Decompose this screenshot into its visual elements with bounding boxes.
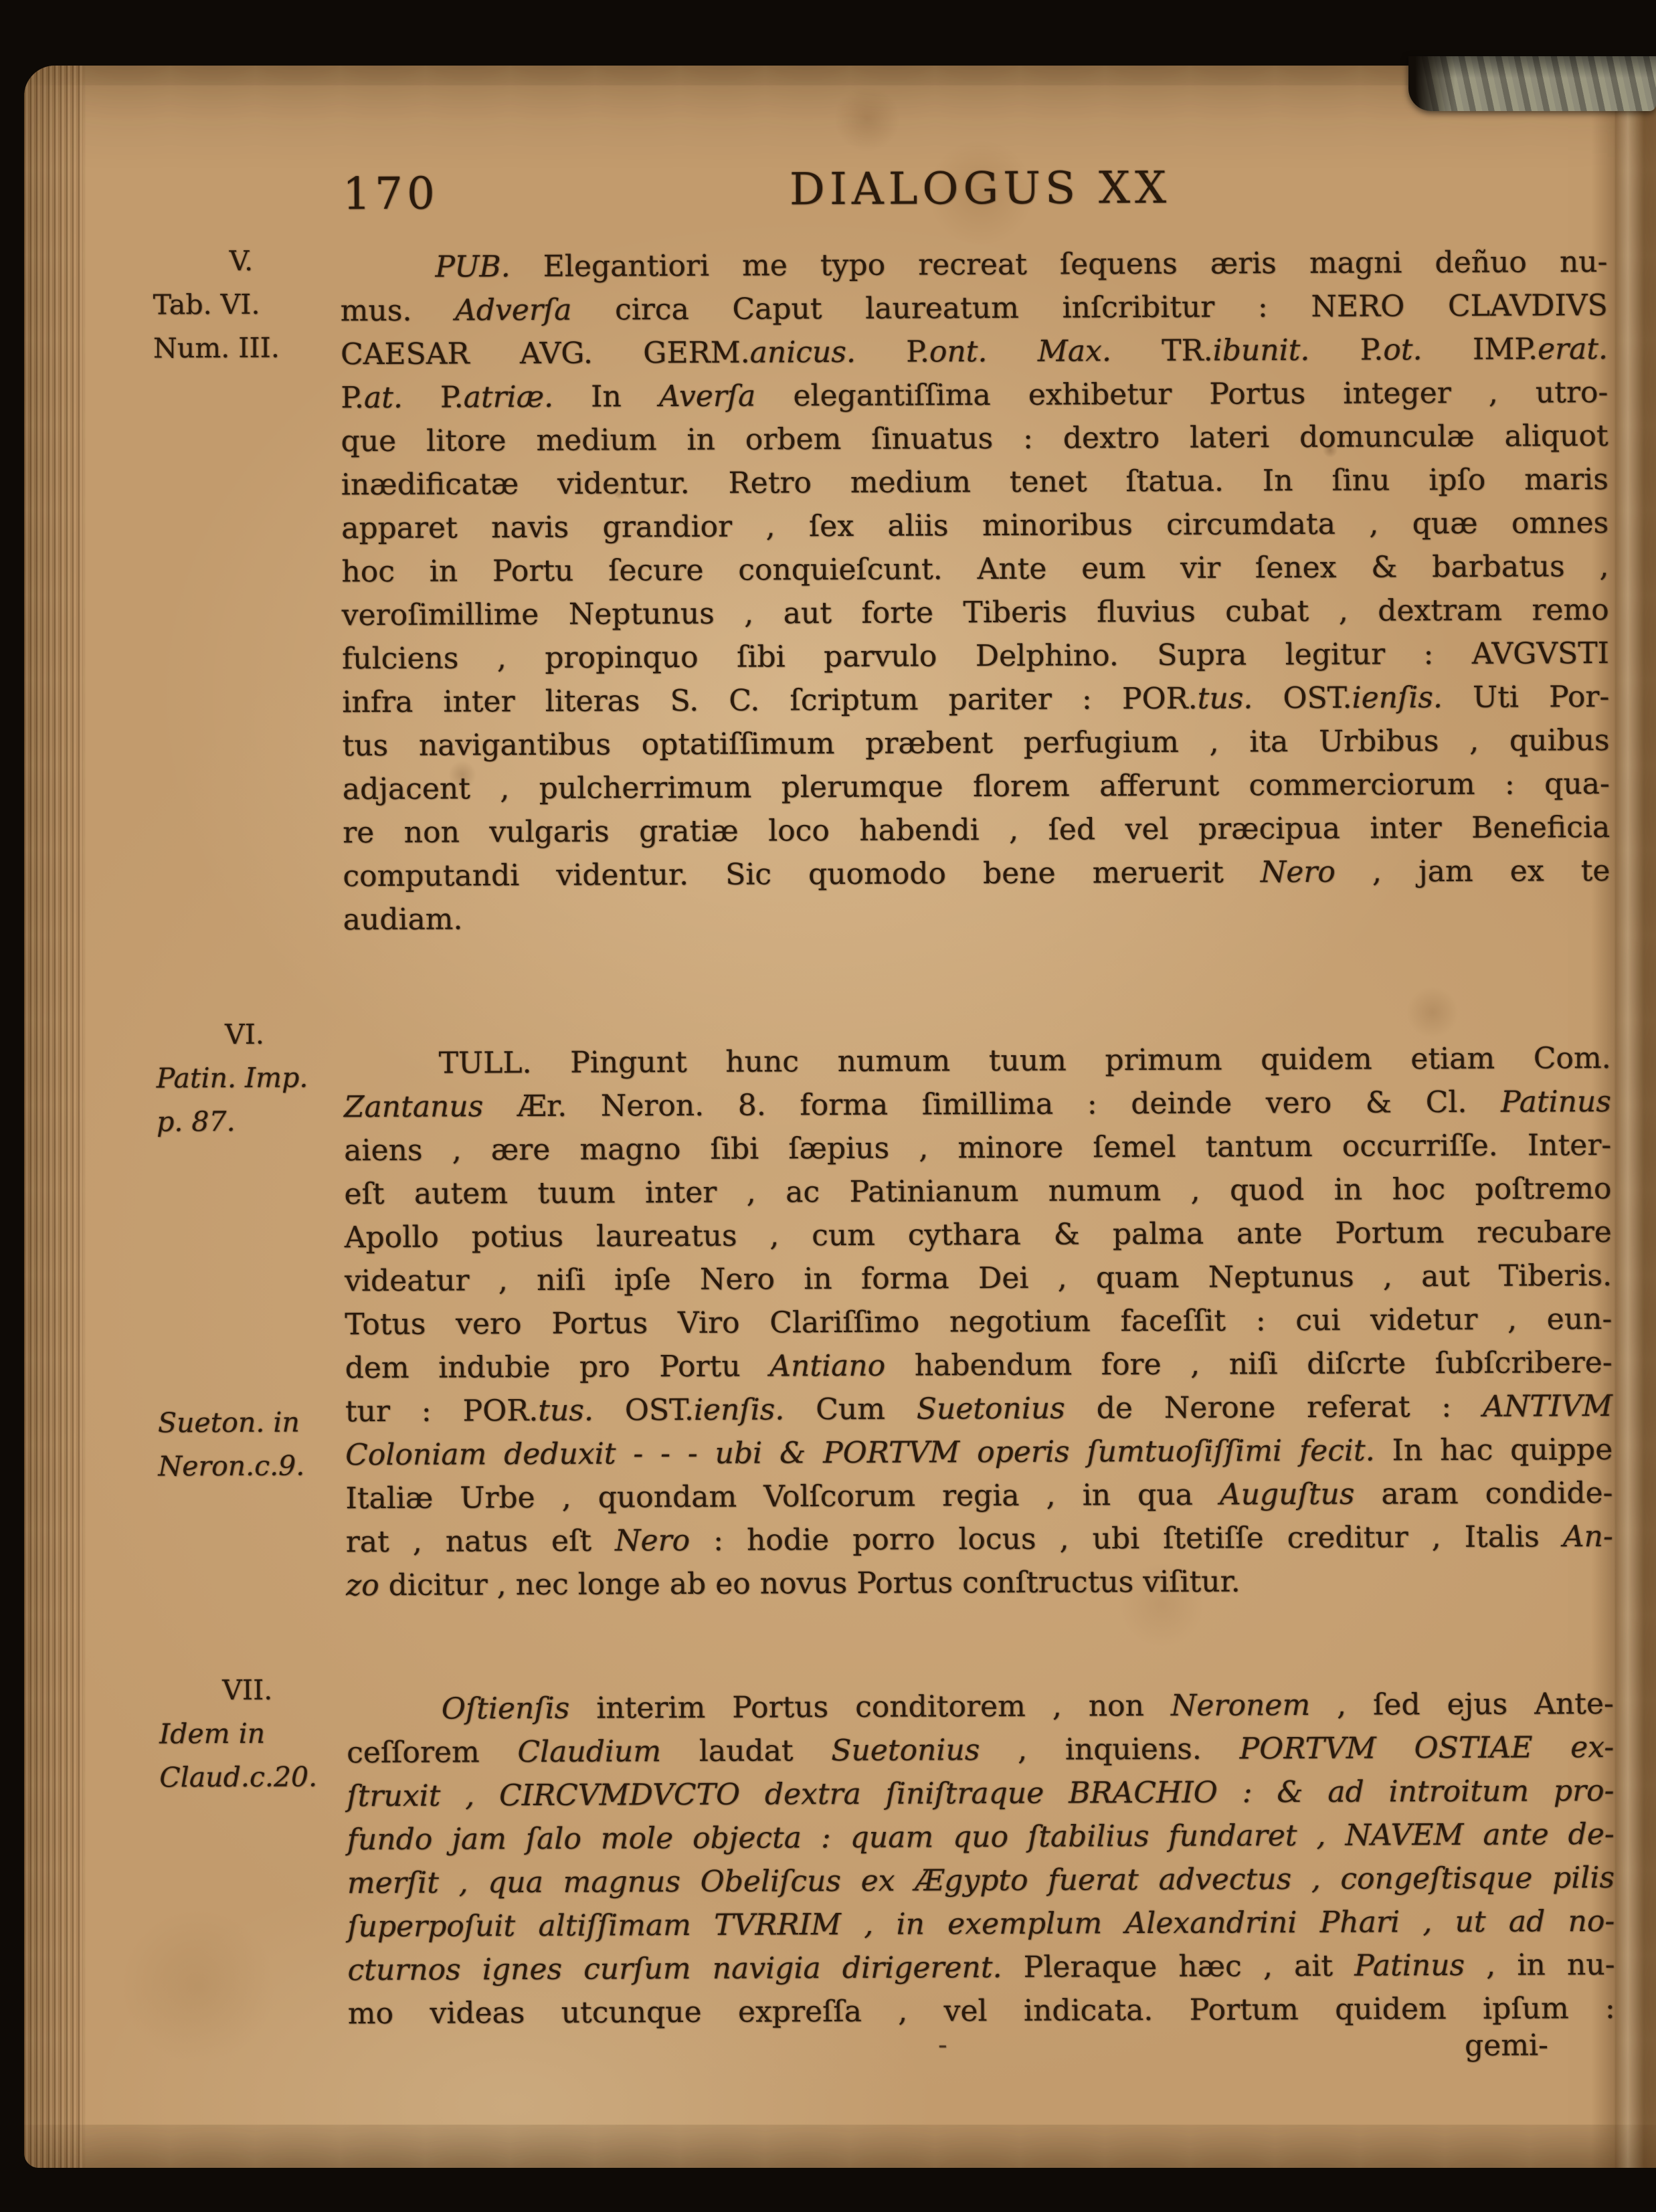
text-line: eſt autem tuum inter , ac Patinianum num…	[344, 1167, 1611, 1216]
text-line: ſtruxit , CIRCVMDVCTO dextra ſiniſtraque…	[347, 1769, 1614, 1818]
margin-note-line: Idem in	[159, 1712, 336, 1756]
text-line: merſit , qua magnus Obeliſcus ex Ægypto …	[347, 1856, 1615, 1905]
text-line: videatur , niſi ipſe Nero in forma Dei ,…	[345, 1254, 1612, 1303]
text-line: que litore medium in orbem ſinuatus : de…	[341, 414, 1608, 463]
text-line: inædificatæ videntur. Retro medium tenet…	[341, 458, 1608, 506]
margin-note-line: Num. III.	[153, 326, 330, 370]
text-line: cturnos ignes curſum navigia dirigerent.…	[347, 1943, 1615, 1992]
margin-note-line: V.	[153, 239, 329, 283]
text-line: adjacent , pulcherrimum plerumque florem…	[343, 762, 1610, 811]
headband	[1408, 56, 1656, 111]
text-line: ſuperpoſuit altiſſimam TVRRIM , in exemp…	[347, 1900, 1615, 1948]
text-line: veroſimillime Neptunus , aut forte Tiber…	[342, 588, 1609, 637]
margin-note-line: Sueton. in	[158, 1400, 335, 1445]
text-line: apparet navis grandior , ſex aliis minor…	[341, 501, 1608, 550]
text-line: tus navigantibus optatiſſimum præbent pe…	[342, 719, 1609, 767]
book-page: 170 DIALOGUS XX V.Tab. VI.Num. III.VI.Pa…	[24, 66, 1656, 2168]
text-line: PUB. Elegantiori me typo recreat ſequens…	[340, 240, 1607, 289]
page-number: 170	[343, 168, 439, 220]
page-content: 170 DIALOGUS XX V.Tab. VI.Num. III.VI.Pa…	[19, 62, 1656, 2172]
margin-notes: V.Tab. VI.Num. III.VI.Patin. Imp.p. 87.S…	[152, 68, 329, 68]
text-line: fundo jam ſalo mole objecta : quam quo ſ…	[347, 1813, 1615, 1861]
text-line: aiens , ære magno ſibi ſæpius , minore ſ…	[344, 1123, 1611, 1172]
margin-note-line: p. 87.	[157, 1099, 333, 1143]
text-line: ceſſorem Claudium laudat Suetonius , inq…	[347, 1726, 1614, 1774]
text-line: Apollo potius laureatus , cum cythara & …	[345, 1210, 1612, 1259]
margin-note-3: Sueton. inNeron.c.9.	[158, 1400, 335, 1488]
text-line: hoc in Portu ſecure conquieſcunt. Ante e…	[341, 545, 1608, 593]
text-line: Coloniam deduxit - - - ubi & PORTVM oper…	[345, 1428, 1613, 1477]
text-line: mus. Adverſa circa Caput laureatum inſcr…	[341, 284, 1608, 333]
text-line: TULL. Pingunt hunc numum tuum primum qui…	[344, 1036, 1611, 1085]
book-photo: 170 DIALOGUS XX V.Tab. VI.Num. III.VI.Pa…	[0, 0, 1656, 2212]
text-line: P.at. P.atriæ. In Averſa elegantiſſima e…	[341, 371, 1608, 420]
text-line: rat , natus eſt Nero : hodie porro locus…	[346, 1515, 1613, 1564]
text-line: tur : POR.tus. OST.ienſis. Cum Suetonius…	[345, 1384, 1613, 1433]
margin-note-4: VII.Idem inClaud.c.20.	[159, 1668, 337, 1799]
running-header: DIALOGUS XX	[790, 162, 1171, 215]
text-line: infra inter literas S. C. ſcriptum parit…	[342, 675, 1609, 724]
text-line: zo dicitur , nec longe ab eo novus Portu…	[346, 1558, 1613, 1607]
margin-note-line: Neron.c.9.	[158, 1444, 335, 1488]
text-line: fulciens , propinquo ſibi parvulo Delphi…	[342, 632, 1609, 680]
paragraph-p1: PUB. Elegantiori me typo recreat ſequens…	[340, 240, 1611, 941]
paragraph-p2: TULL. Pingunt hunc numum tuum primum qui…	[344, 1036, 1614, 1607]
margin-note-line: VII.	[159, 1668, 336, 1712]
margin-note-line: Claud.c.20.	[159, 1755, 336, 1799]
text-line: CAESAR AVG. GERM.anicus. P.ont. Max. TR.…	[341, 327, 1608, 376]
text-line: mo videas utcunque expreſſa , vel indica…	[348, 1987, 1615, 2035]
margin-note-1: V.Tab. VI.Num. III.	[153, 239, 330, 370]
text-line: Italiæ Urbe , quondam Volſcorum regia , …	[345, 1471, 1613, 1520]
catchword: gemi-	[1465, 2028, 1548, 2063]
margin-note-2: VI.Patin. Imp.p. 87.	[156, 1012, 333, 1143]
margin-note-line: Patin. Imp.	[157, 1056, 333, 1100]
margin-note-line: VI.	[156, 1012, 333, 1056]
text-line: re non vulgaris gratiæ loco habendi , ſe…	[343, 806, 1610, 854]
signature-mark: -	[938, 2029, 947, 2060]
text-line: Zantanus Ær. Neron. 8. forma ſimillima :…	[344, 1080, 1611, 1129]
body-text: PUB. Elegantiori me typo recreat ſequens…	[340, 240, 1615, 2035]
text-line: Oſtienſis interim Portus conditorem , no…	[347, 1682, 1614, 1731]
text-line: dem indubie pro Portu Antiano habendum f…	[345, 1341, 1612, 1390]
paragraph-p3: Oſtienſis interim Portus conditorem , no…	[347, 1682, 1615, 2035]
text-line: audiam.	[343, 893, 1611, 941]
margin-note-line: Tab. VI.	[153, 282, 330, 327]
text-line: computandi videntur. Sic quomodo bene me…	[343, 849, 1610, 898]
text-line: Totus vero Portus Viro Clariſſimo negoti…	[345, 1297, 1612, 1346]
